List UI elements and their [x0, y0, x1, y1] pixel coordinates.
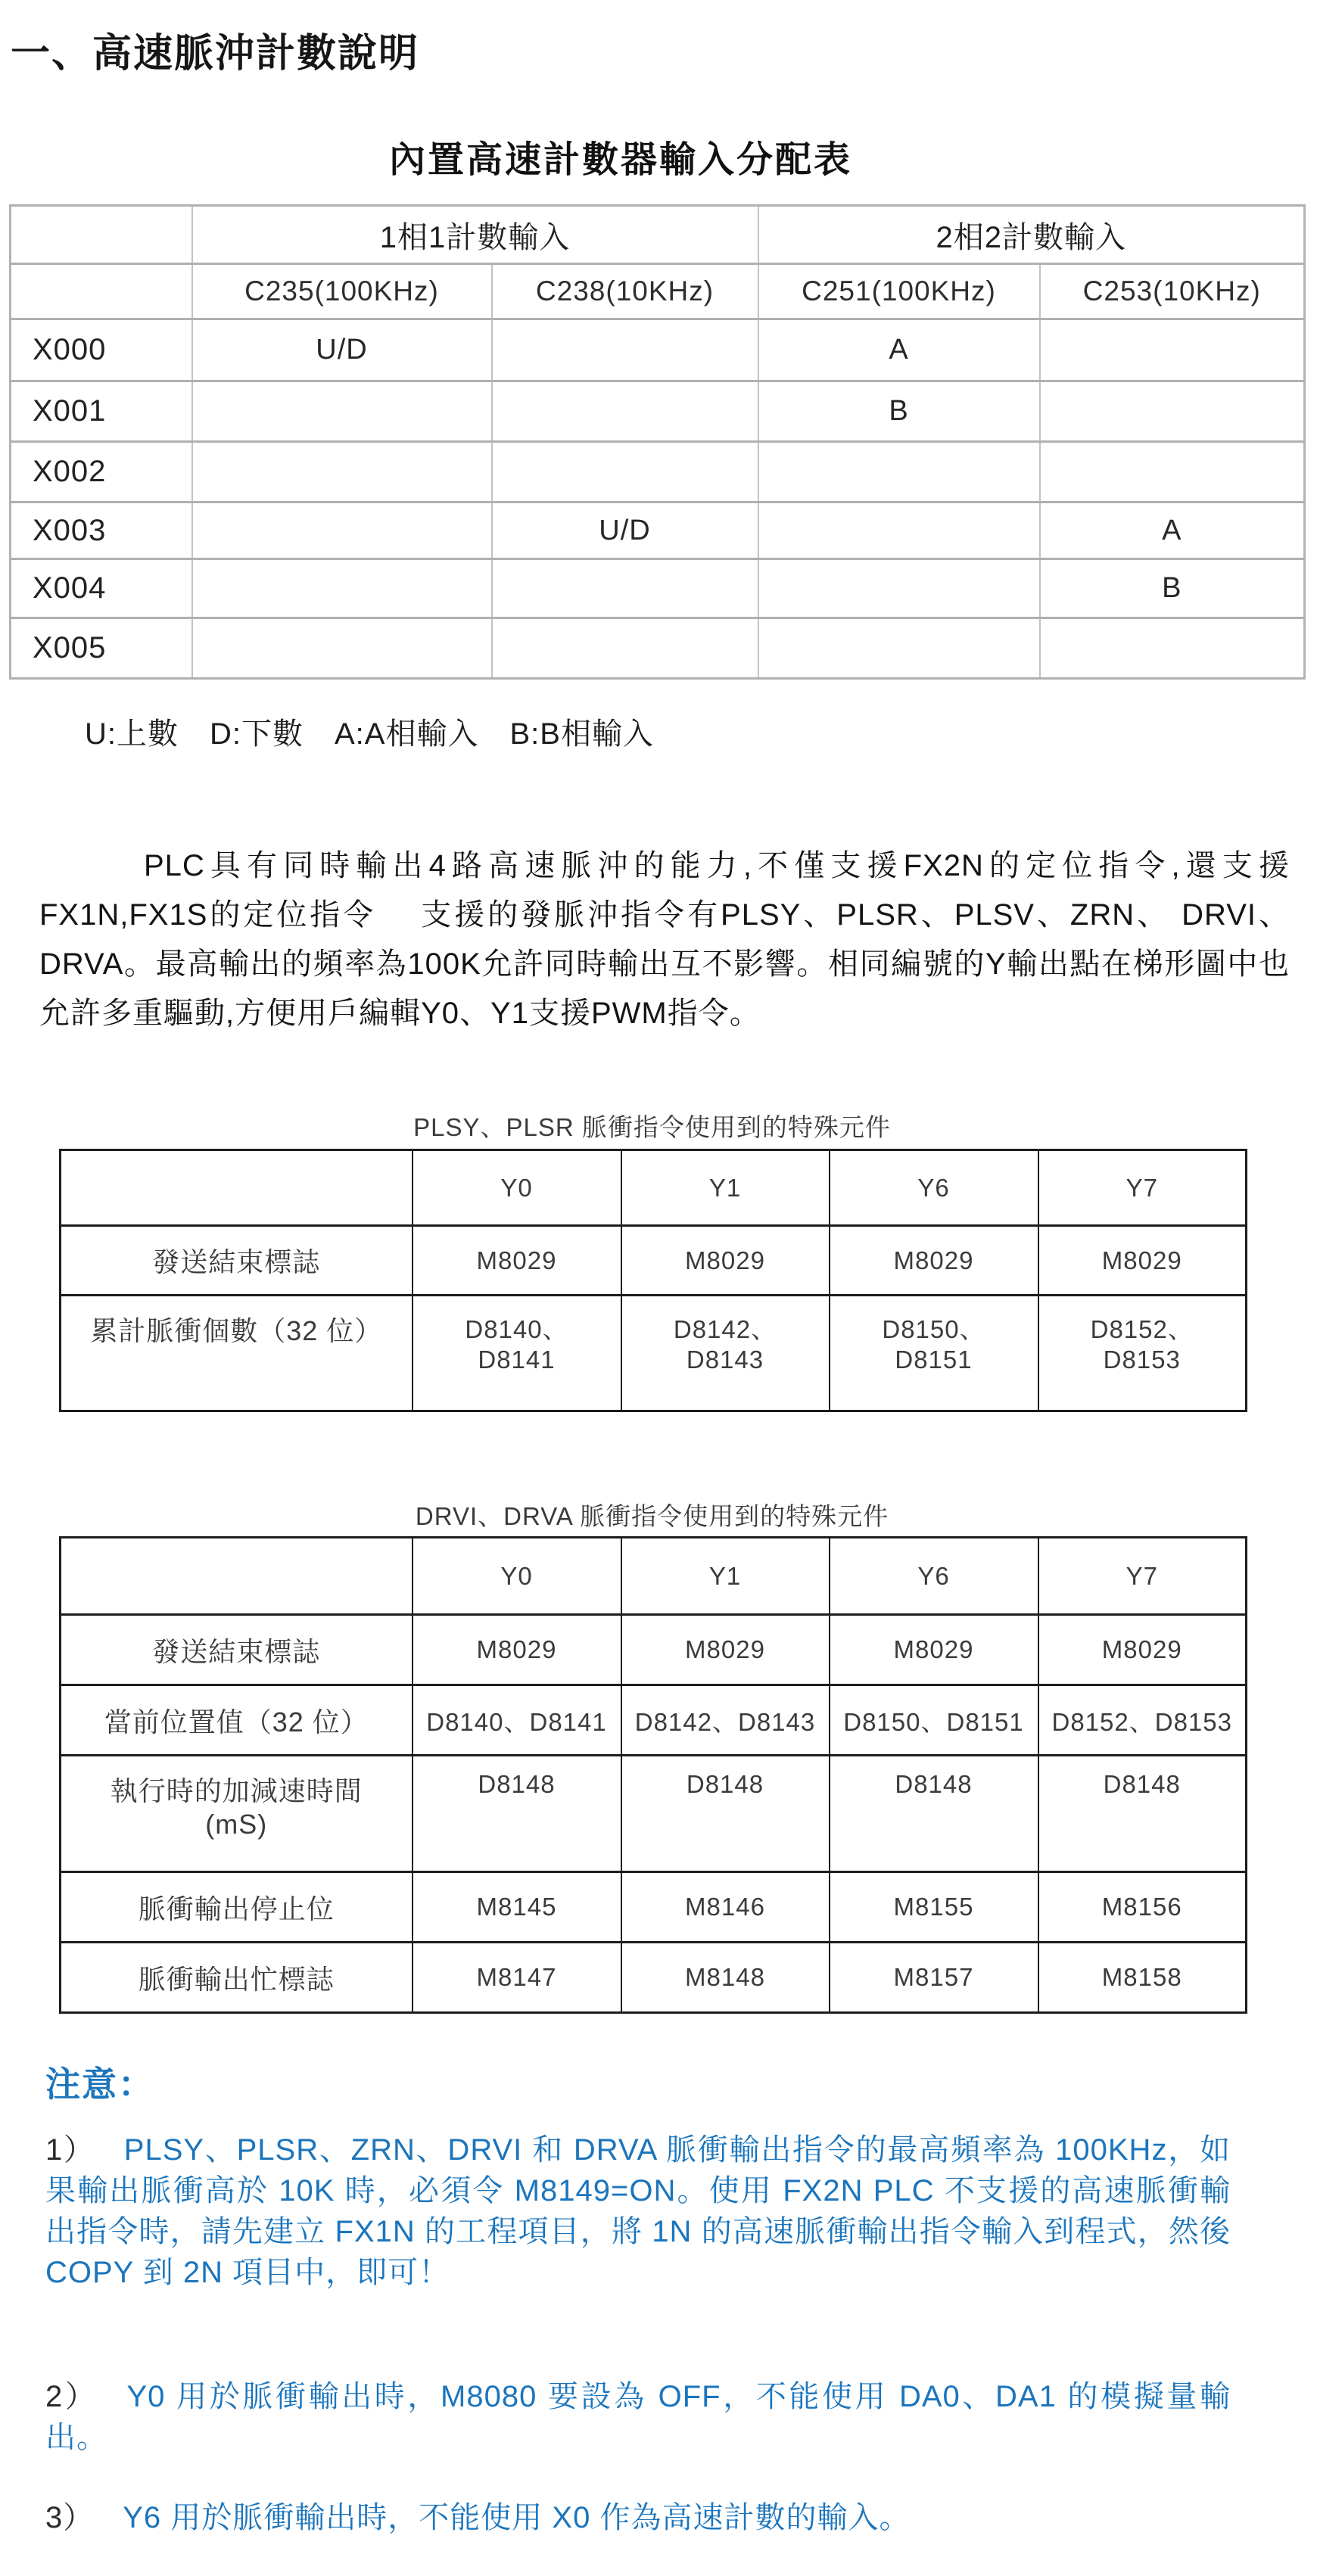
column-header: C235(100KHz): [192, 264, 492, 319]
table-cell: [192, 559, 492, 618]
group-header-2phase: 2相2計數輸入: [758, 206, 1305, 264]
notice-item-number: 2）: [45, 2380, 98, 2413]
table-cell: M8029: [1038, 1226, 1247, 1296]
table-row: X001 B: [11, 381, 1305, 442]
column-header: C253(10KHz): [1040, 264, 1305, 319]
column-header: C238(10KHz): [492, 264, 758, 319]
row-label: 執行時的加減速時間 (mS): [61, 1756, 413, 1872]
table-cell: [1040, 319, 1305, 381]
table-cell: D8140、 D8141: [413, 1296, 621, 1411]
table-cell: M8029: [1038, 1615, 1247, 1685]
table-cell: D8148: [830, 1756, 1038, 1872]
column-header: Y0: [413, 1538, 621, 1615]
table-cell: M8029: [621, 1615, 830, 1685]
table-cell: D8148: [413, 1756, 621, 1872]
column-header: Y6: [830, 1150, 1038, 1226]
column-header: Y0: [413, 1150, 621, 1226]
row-label: X002: [11, 442, 192, 502]
table-row: 1相1計數輸入 2相2計數輸入: [11, 206, 1305, 264]
column-header: Y1: [621, 1150, 830, 1226]
table-row: 發送結束標誌 M8029 M8029 M8029 M8029: [61, 1226, 1247, 1296]
table-cell: A: [758, 319, 1040, 381]
table-cell: B: [1040, 559, 1305, 618]
page-title: 一、高速脈沖計數說明: [11, 21, 419, 78]
plsy-table-caption: PLSY、PLSR 脈衝指令使用到的特殊元件: [59, 1108, 1245, 1143]
corner-cell: [61, 1538, 413, 1615]
column-header: Y6: [830, 1538, 1038, 1615]
row-label: X003: [11, 502, 192, 559]
plsy-plsr-table: Y0 Y1 Y6 Y7 發送結束標誌 M8029 M8029 M8029 M80…: [59, 1149, 1247, 1412]
row-label: 發送結束標誌: [61, 1226, 413, 1296]
table-cell: D8150、D8151: [830, 1685, 1038, 1756]
table-cell: U/D: [192, 319, 492, 381]
row-label: 脈衝輸出忙標誌: [61, 1943, 413, 2013]
table-cell: [192, 618, 492, 679]
row-label: X001: [11, 381, 192, 442]
table-row: X003 U/D A: [11, 502, 1305, 559]
table-cell: [758, 559, 1040, 618]
table-cell: [758, 618, 1040, 679]
table-cell: D8152、D8153: [1038, 1685, 1247, 1756]
column-header: Y1: [621, 1538, 830, 1615]
table-row: Y0 Y1 Y6 Y7: [61, 1150, 1247, 1226]
table-row: X004 B: [11, 559, 1305, 618]
table-row: C235(100KHz) C238(10KHz) C251(100KHz) C2…: [11, 264, 1305, 319]
table-cell: M8029: [413, 1226, 621, 1296]
notice-item-text: Y6 用於脈衝輸出時，不能使用 X0 作為高速計數的輸入。: [123, 2501, 910, 2534]
table-cell: D8152、 D8153: [1038, 1296, 1247, 1411]
row-label: 發送結束標誌: [61, 1615, 413, 1685]
table-cell: M8029: [830, 1226, 1038, 1296]
table-cell: M8029: [621, 1226, 830, 1296]
table-cell: B: [758, 381, 1040, 442]
table-cell: M8147: [413, 1943, 621, 2013]
table-row: 累計脈衝個數（32 位） D8140、 D8141 D8142、 D8143 D…: [61, 1296, 1247, 1411]
group-header-1phase: 1相1計數輸入: [192, 206, 758, 264]
drvi-table-caption: DRVI、DRVA 脈衝指令使用到的特殊元件: [59, 1497, 1245, 1532]
table-row: 脈衝輸出停止位 M8145 M8146 M8155 M8156: [61, 1872, 1247, 1943]
row-label: 累計脈衝個數（32 位）: [61, 1296, 413, 1411]
counter-table-caption: 內置高速計數器輸入分配表: [0, 130, 1241, 182]
column-header: C251(100KHz): [758, 264, 1040, 319]
table-cell: D8142、 D8143: [621, 1296, 830, 1411]
table-cell: [1040, 381, 1305, 442]
corner-cell: [11, 264, 192, 319]
notice-item-number: 1）: [45, 2133, 95, 2167]
table-cell: M8029: [413, 1615, 621, 1685]
counter-input-table: 1相1計數輸入 2相2計數輸入 C235(100KHz) C238(10KHz)…: [9, 204, 1306, 680]
notice-item-text: Y0 用於脈衝輸出時，M8080 要設為 OFF，不能使用 DA0、DA1 的模…: [45, 2380, 1231, 2454]
table-cell: D8150、 D8151: [830, 1296, 1038, 1411]
drvi-drva-table: Y0 Y1 Y6 Y7 發送結束標誌 M8029 M8029 M8029 M80…: [59, 1536, 1247, 2014]
table-row: 脈衝輸出忙標誌 M8147 M8148 M8157 M8158: [61, 1943, 1247, 2013]
document-page: 一、高速脈沖計數說明 內置高速計數器輸入分配表 1相1計數輸入 2相2計數輸入 …: [0, 0, 1317, 2576]
table-cell: [492, 381, 758, 442]
table-cell: D8140、D8141: [413, 1685, 621, 1756]
table-cell: D8148: [1038, 1756, 1247, 1872]
column-header: Y7: [1038, 1150, 1247, 1226]
table-cell: [492, 559, 758, 618]
table-row: X005: [11, 618, 1305, 679]
table-cell: D8148: [621, 1756, 830, 1872]
table-cell: [758, 442, 1040, 502]
notice-item-text: PLSY、PLSR、ZRN、DRVI 和 DRVA 脈衝輸出指令的最高頻率為 1…: [45, 2133, 1231, 2289]
notice-item-2: 2）Y0 用於脈衝輸出時，M8080 要設為 OFF，不能使用 DA0、DA1 …: [45, 2376, 1231, 2458]
table-cell: M8148: [621, 1943, 830, 2013]
table-cell: U/D: [492, 502, 758, 559]
table-cell: A: [1040, 502, 1305, 559]
corner-cell: [61, 1150, 413, 1226]
body-paragraph: PLC具有同時輸出4路高速脈沖的能力,不僅支援FX2N的定位指令,還支援FX1N…: [39, 842, 1290, 1038]
table-legend: U:上數 D:下數 A:A相輸入 B:B相輸入: [85, 710, 654, 753]
table-cell: [758, 502, 1040, 559]
table-cell: M8157: [830, 1943, 1038, 2013]
row-label: 當前位置值（32 位）: [61, 1685, 413, 1756]
table-cell: M8146: [621, 1872, 830, 1943]
table-cell: [192, 502, 492, 559]
table-row: X000 U/D A: [11, 319, 1305, 381]
column-header: Y7: [1038, 1538, 1247, 1615]
row-label: 脈衝輸出停止位: [61, 1872, 413, 1943]
table-row: 執行時的加減速時間 (mS) D8148 D8148 D8148 D8148: [61, 1756, 1247, 1872]
table-cell: M8158: [1038, 1943, 1247, 2013]
table-cell: [1040, 618, 1305, 679]
table-cell: M8029: [830, 1615, 1038, 1685]
notice-heading: 注意：: [45, 2057, 154, 2107]
table-cell: D8142、D8143: [621, 1685, 830, 1756]
table-cell: [492, 442, 758, 502]
row-label: X004: [11, 559, 192, 618]
table-cell: [192, 442, 492, 502]
row-label: X000: [11, 319, 192, 381]
corner-cell: [11, 206, 192, 264]
table-cell: [192, 381, 492, 442]
notice-item-number: 3）: [45, 2501, 94, 2534]
table-cell: [492, 618, 758, 679]
table-row: Y0 Y1 Y6 Y7: [61, 1538, 1247, 1615]
notice-item-3: 3）Y6 用於脈衝輸出時，不能使用 X0 作為高速計數的輸入。: [45, 2497, 1231, 2538]
table-row: 當前位置值（32 位） D8140、D8141 D8142、D8143 D815…: [61, 1685, 1247, 1756]
table-cell: M8156: [1038, 1872, 1247, 1943]
row-label: X005: [11, 618, 192, 679]
notice-item-1: 1）PLSY、PLSR、ZRN、DRVI 和 DRVA 脈衝輸出指令的最高頻率為…: [45, 2130, 1231, 2293]
table-cell: M8145: [413, 1872, 621, 1943]
table-row: 發送結束標誌 M8029 M8029 M8029 M8029: [61, 1615, 1247, 1685]
table-cell: [1040, 442, 1305, 502]
table-cell: [492, 319, 758, 381]
table-row: X002: [11, 442, 1305, 502]
table-cell: M8155: [830, 1872, 1038, 1943]
